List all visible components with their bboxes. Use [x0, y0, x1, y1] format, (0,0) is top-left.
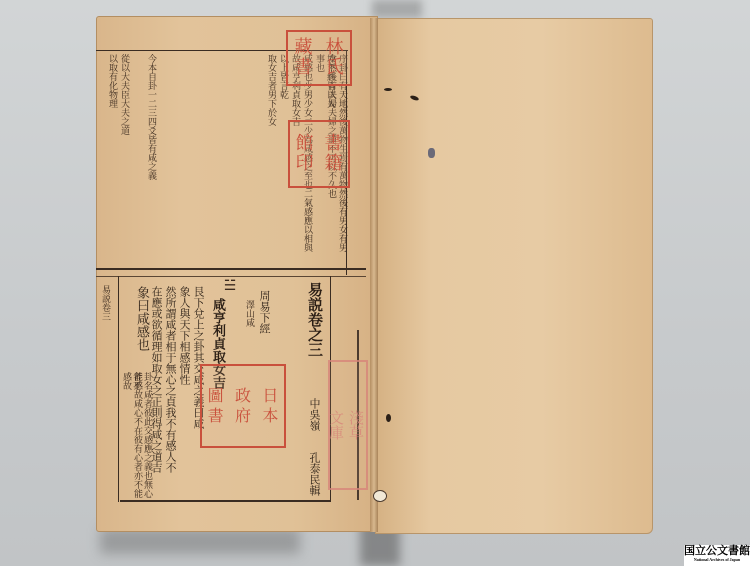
trigram-label: 澤山咸	[243, 300, 254, 360]
frame-line-vertical-left-lower	[118, 276, 119, 502]
seal-text: 淺草	[346, 410, 366, 440]
seal-asakusa-bunko: 淺草 文庫	[328, 360, 368, 490]
hexagram-symbol: ☱	[222, 278, 238, 292]
seal-text: 圖書	[202, 386, 229, 426]
commentary-label: 象曰咸感也	[134, 286, 149, 366]
seal-text: 林氏	[319, 38, 350, 78]
upper-text-column: 取女吉者男下於女	[265, 54, 276, 259]
paper-tear	[373, 490, 387, 502]
watermark-en: National Archives of Japan	[684, 557, 750, 562]
upper-text-column: 以取有化物理	[106, 54, 117, 134]
top-shadow	[372, 0, 422, 18]
upper-text-column: 從以大夫臣大夫之道	[118, 54, 129, 259]
side-label: 易説卷三	[99, 285, 110, 345]
ink-stain	[384, 88, 392, 91]
seal-collection-stamp: 藏書 林氏	[286, 30, 352, 86]
volume-title: 易説卷之三	[306, 282, 323, 392]
frame-line-middle-2	[96, 276, 366, 277]
upper-text-column: 今本自卦一二三四爻皆有咸之義	[145, 54, 156, 234]
right-page	[375, 18, 653, 534]
seal-text: 書籍	[319, 134, 348, 174]
national-archives-watermark: 国立公文書館 National Archives of Japan	[684, 545, 750, 566]
ink-stain	[428, 148, 435, 158]
seal-text: 文庫	[326, 410, 346, 440]
seal-text: 館印	[290, 134, 319, 174]
watermark-jp: 国立公文書館	[684, 545, 750, 557]
frame-line-middle	[96, 268, 366, 270]
commentary-column: 然所謂咸者相于無心之貞我不有感人不	[164, 286, 177, 500]
seal-japan-government-library: 圖書 政府 日本	[200, 364, 286, 448]
seal-library-stamp: 館印 書籍	[288, 120, 350, 188]
seal-text: 政府	[229, 386, 256, 426]
book-spine	[370, 18, 378, 532]
commentary-column: 能感故咸心不在彼有心者亦不能感故	[120, 372, 142, 502]
ink-stain	[386, 414, 391, 422]
author-1: 中吳嶺	[308, 398, 321, 448]
seal-text: 日本	[257, 386, 284, 426]
seal-text: 藏書	[288, 38, 319, 78]
commentary-column: 象人與天下相感情性	[178, 286, 191, 500]
author-2: 孔泰民輯	[308, 452, 321, 502]
